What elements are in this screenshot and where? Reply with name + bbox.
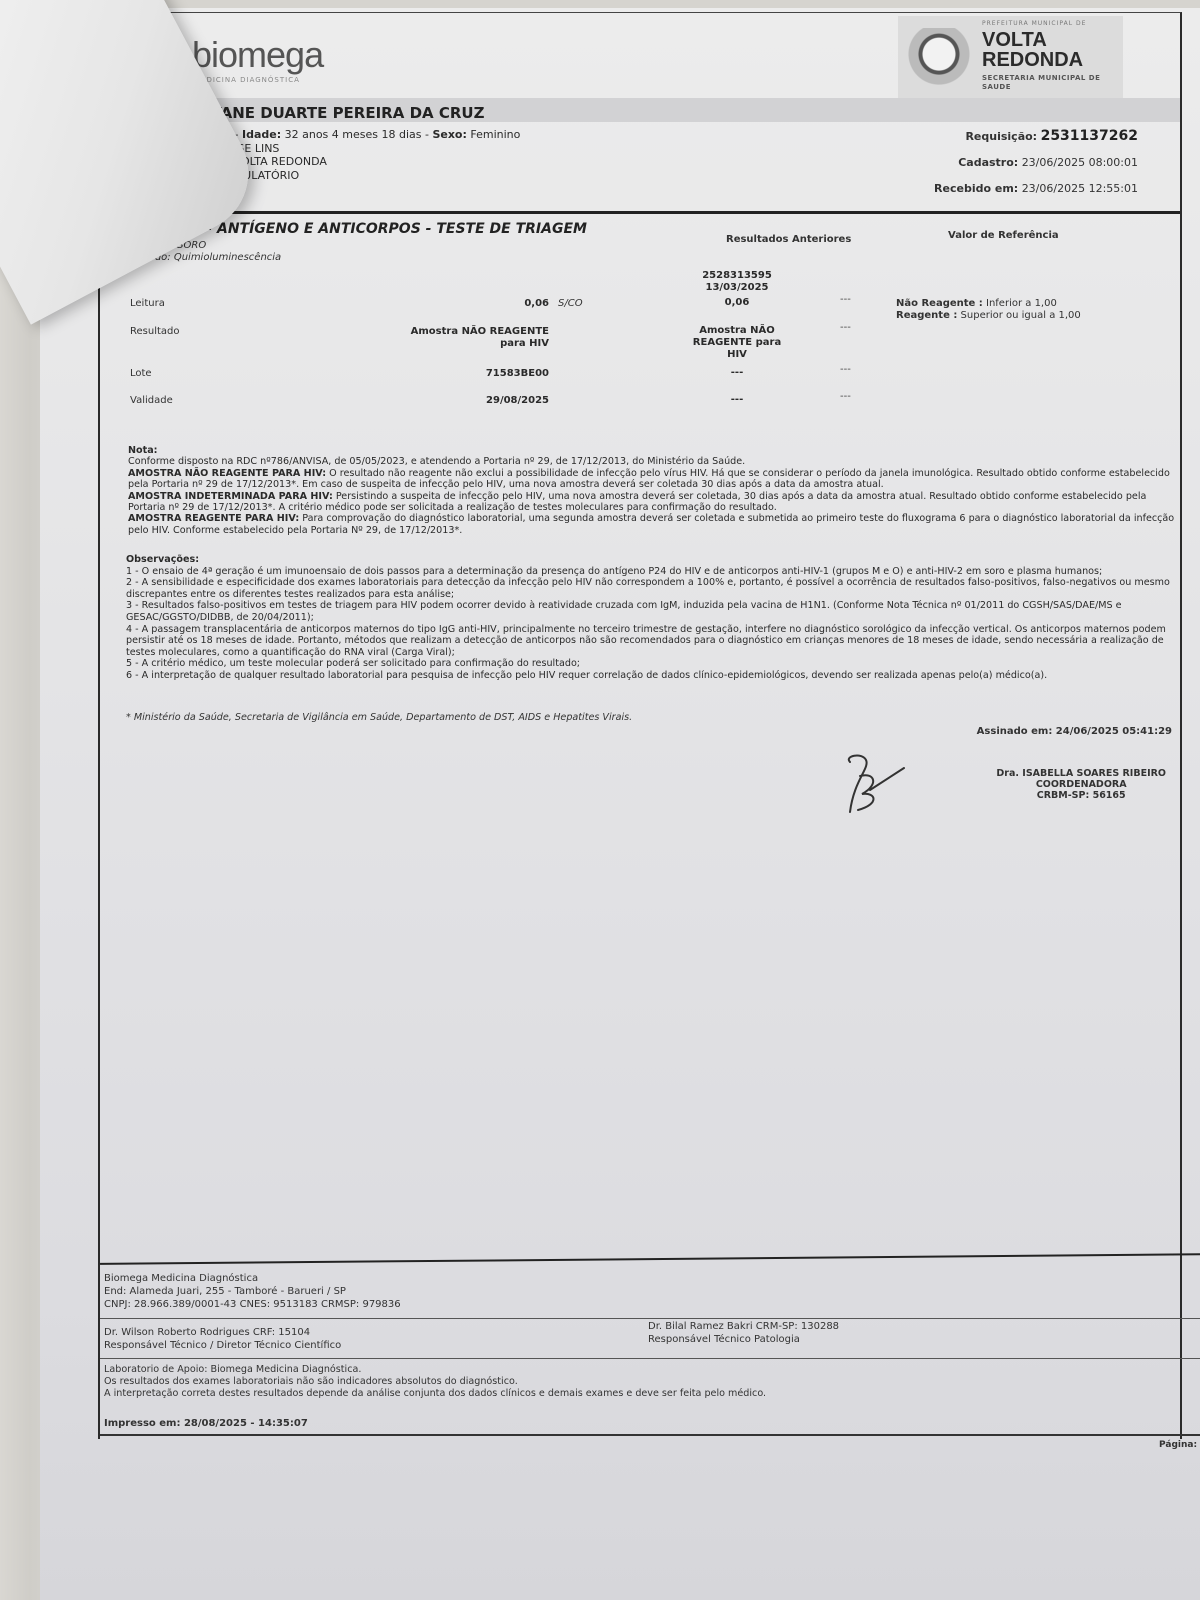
reference-text: Inferior a 1,00 (986, 298, 1057, 309)
signer-registry: CRBM-SP: 56165 (996, 790, 1166, 801)
note-section: Nota: Conforme disposto na RDC nº786/ANV… (128, 445, 1178, 536)
request-info: Requisição: 2531137262 Cadastro: 23/06/2… (934, 123, 1138, 202)
request-label: Requisição: (965, 130, 1037, 143)
signer-name: Dra. ISABELLA SOARES RIBEIRO (996, 768, 1166, 779)
previous-result-secondary: --- (840, 364, 851, 375)
signer-block: Dra. ISABELLA SOARES RIBEIRO COORDENADOR… (996, 768, 1166, 801)
result-row-value: 29/08/2025 (249, 395, 549, 407)
note-item: AMOSTRA REAGENTE PARA HIV: Para comprova… (128, 513, 1178, 536)
previous-result-secondary: --- (840, 322, 851, 333)
page-number: Página: 3/1 (1159, 1440, 1200, 1450)
age-value: 32 anos 4 meses 18 dias (285, 128, 422, 141)
result-row-label: Lote (130, 368, 152, 379)
section-divider (100, 211, 1180, 214)
municipality-prefix: PREFEITURA MUNICIPAL DE (982, 20, 1086, 27)
municipality-title-line1: VOLTA (982, 30, 1083, 50)
pathology-responsible-name: Dr. Bilal Ramez Bakri CRM-SP: 130288 (648, 1320, 839, 1333)
footer-separator (100, 1318, 1200, 1319)
coat-of-arms-icon (906, 28, 972, 86)
observation-item: 2 - A sensibilidade e especificidade dos… (126, 577, 1181, 600)
previous-request-id: 2528313595 (672, 270, 802, 282)
observations-section: Observações: 1 - O ensaio de 4ª geração … (126, 554, 1181, 682)
request-number: 2531137262 (1041, 128, 1138, 144)
reference-label: Reagente : (896, 310, 957, 321)
footer-bottom-line (100, 1434, 1200, 1436)
note-item: AMOSTRA NÃO REAGENTE PARA HIV: O resulta… (128, 468, 1178, 491)
previous-result-value: --- (672, 394, 802, 406)
company-address: End: Alameda Juari, 255 - Tamboré - Baru… (104, 1285, 401, 1298)
footer-technical-1: Dr. Wilson Roberto Rodrigues CRF: 15104 … (104, 1326, 341, 1352)
result-row-label: Validade (130, 395, 173, 406)
lab-brand-name: biomega (192, 34, 323, 76)
previous-result-value: 0,06 (672, 297, 802, 309)
result-row-unit: S/CO (558, 298, 583, 309)
municipality-title-line2: REDONDA (982, 50, 1083, 70)
observation-item: 3 - Resultados falso-positivos em testes… (126, 600, 1181, 623)
previous-result-secondary: --- (840, 391, 851, 402)
disclaimer-line: Os resultados dos exames laboratoriais n… (104, 1376, 766, 1388)
municipality-logo: PREFEITURA MUNICIPAL DE VOLTA REDONDA SE… (898, 16, 1123, 98)
registration-datetime: 23/06/2025 08:00:01 (1022, 156, 1138, 169)
result-row-label: Resultado (130, 326, 180, 337)
observation-item: 6 - A interpretação de qualquer resultad… (126, 670, 1181, 682)
footer-technical-2: Dr. Bilal Ramez Bakri CRM-SP: 130288 Res… (648, 1320, 839, 1346)
technical-responsible-role: Responsável Técnico / Diretor Técnico Ci… (104, 1339, 341, 1352)
received-datetime: 23/06/2025 12:55:01 (1022, 182, 1138, 195)
report-content: biomega MEDICINA DIAGNÓSTICA PREFEITURA … (40, 8, 1200, 1600)
registration-label: Cadastro: (958, 156, 1018, 169)
previous-result-value: --- (672, 367, 802, 379)
technical-responsible-name: Dr. Wilson Roberto Rodrigues CRF: 15104 (104, 1326, 341, 1339)
previous-result-secondary: --- (840, 294, 851, 305)
signer-role: COORDENADORA (996, 779, 1166, 790)
disclaimer-line: A interpretação correta destes resultado… (104, 1388, 766, 1400)
municipality-title: VOLTA REDONDA (982, 30, 1083, 70)
reference-label: Não Reagente : (896, 298, 983, 309)
lab-brand-subtitle: MEDICINA DIAGNÓSTICA (194, 76, 300, 84)
age-label: Idade: (242, 128, 281, 141)
company-ids: CNPJ: 28.966.389/0001-43 CNES: 9513183 C… (104, 1298, 401, 1311)
result-row-label: Leitura (130, 298, 165, 309)
note-item-label: AMOSTRA INDETERMINADA PARA HIV: (128, 491, 333, 502)
received-line: Recebido em: 23/06/2025 12:55:01 (934, 176, 1138, 202)
reference-values: Não Reagente : Inferior a 1,00 Reagente … (896, 298, 1081, 322)
note-item-label: AMOSTRA REAGENTE PARA HIV: (128, 513, 299, 524)
signed-at: Assinado em: 24/06/2025 05:41:29 (977, 726, 1172, 737)
observation-item: 4 - A passagem transplacentária de antic… (126, 624, 1181, 659)
result-row-value: 71583BE00 (249, 368, 549, 380)
footer-separator (100, 1358, 1200, 1359)
ministry-footnote: * Ministério da Saúde, Secretaria de Vig… (126, 712, 632, 723)
company-name: Biomega Medicina Diagnóstica (104, 1272, 401, 1285)
received-label: Recebido em: (934, 182, 1018, 195)
support-lab: Laboratorio de Apoio: Biomega Medicina D… (104, 1364, 766, 1376)
result-row-value: Amostra NÃO REAGENTE para HIV (249, 326, 549, 350)
note-item: AMOSTRA INDETERMINADA PARA HIV: Persisti… (128, 491, 1178, 514)
reference-text: Superior ou igual a 1,00 (961, 310, 1081, 321)
footer-disclaimer: Laboratorio de Apoio: Biomega Medicina D… (104, 1364, 766, 1400)
handwritten-signature-icon (840, 750, 910, 820)
result-row-value: 0,06 (249, 298, 549, 310)
printed-datetime: Impresso em: 28/08/2025 - 14:35:07 (104, 1418, 308, 1429)
sex-label: Sexo: (432, 128, 466, 141)
registration-line: Cadastro: 23/06/2025 08:00:01 (934, 150, 1138, 176)
sex-value: Feminino (470, 128, 520, 141)
note-item-label: AMOSTRA NÃO REAGENTE PARA HIV: (128, 468, 326, 479)
observations-title: Observações: (126, 554, 199, 565)
printed-at: Impresso em: 28/08/2025 - 14:35:07 (104, 1417, 308, 1430)
reference-header: Valor de Referência (948, 230, 1059, 241)
previous-date: 13/03/2025 (672, 282, 802, 294)
request-number-line: Requisição: 2531137262 (934, 123, 1138, 150)
municipality-subtitle: SECRETARIA MUNICIPAL DE SAUDE (982, 74, 1102, 92)
observation-item: 5 - A critério médico, um teste molecula… (126, 658, 1181, 670)
note-intro: Conforme disposto na RDC nº786/ANVISA, d… (128, 456, 1178, 467)
reference-reactive: Reagente : Superior ou igual a 1,00 (896, 310, 1081, 322)
previous-result-value: Amostra NÃO REAGENTE para HIV (672, 325, 802, 361)
previous-results-header: Resultados Anteriores (726, 234, 851, 245)
reference-non-reactive: Não Reagente : Inferior a 1,00 (896, 298, 1081, 310)
pathology-responsible-role: Responsável Técnico Patologia (648, 1333, 839, 1346)
note-title: Nota: (128, 445, 158, 456)
observation-item: 1 - O ensaio de 4ª geração é um imunoens… (126, 566, 1181, 578)
footer-company: Biomega Medicina Diagnóstica End: Alamed… (104, 1272, 401, 1311)
